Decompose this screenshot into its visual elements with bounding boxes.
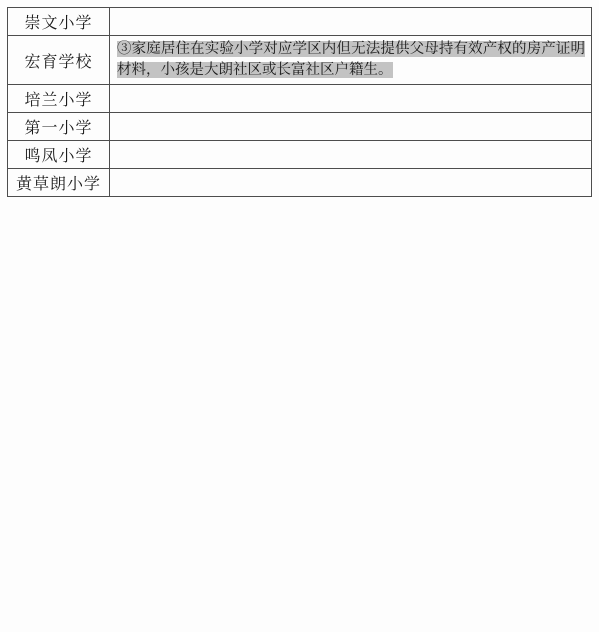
- criteria-cell: ③家庭居住在实验小学对应学区内但无法提供父母持有效产权的房产证明材料，小孩是大朗…: [110, 36, 592, 85]
- criteria-cell: [110, 8, 592, 36]
- criteria-cell: [110, 169, 592, 197]
- document-page: 崇文小学宏育学校③家庭居住在实验小学对应学区内但无法提供父母持有效产权的房产证明…: [0, 0, 599, 632]
- table-row: 崇文小学: [8, 8, 592, 36]
- criteria-cell: [110, 141, 592, 169]
- table-row: 培兰小学: [8, 85, 592, 113]
- school-table-body: 崇文小学宏育学校③家庭居住在实验小学对应学区内但无法提供父母持有效产权的房产证明…: [8, 8, 592, 197]
- school-district-table: 崇文小学宏育学校③家庭居住在实验小学对应学区内但无法提供父母持有效产权的房产证明…: [7, 7, 592, 197]
- table-row: 第一小学: [8, 113, 592, 141]
- school-name: 黄草朗小学: [8, 169, 110, 197]
- school-name: 宏育学校: [8, 36, 110, 85]
- school-name: 崇文小学: [8, 8, 110, 36]
- criteria-item-highlighted: ③家庭居住在实验小学对应学区内但无法提供父母持有效产权的房产证明材料，小孩是大朗…: [117, 39, 585, 81]
- criteria-cell: [110, 113, 592, 141]
- school-name: 鸣凤小学: [8, 141, 110, 169]
- school-name: 培兰小学: [8, 85, 110, 113]
- criteria-cell: [110, 85, 592, 113]
- school-name: 第一小学: [8, 113, 110, 141]
- table-row: 宏育学校③家庭居住在实验小学对应学区内但无法提供父母持有效产权的房产证明材料，小…: [8, 36, 592, 85]
- highlighted-text: ③家庭居住在实验小学对应学区内但无法提供父母持有效产权的房产证明材料，小孩是大朗…: [117, 41, 585, 78]
- table-row: 鸣凤小学: [8, 141, 592, 169]
- table-row: 黄草朗小学: [8, 169, 592, 197]
